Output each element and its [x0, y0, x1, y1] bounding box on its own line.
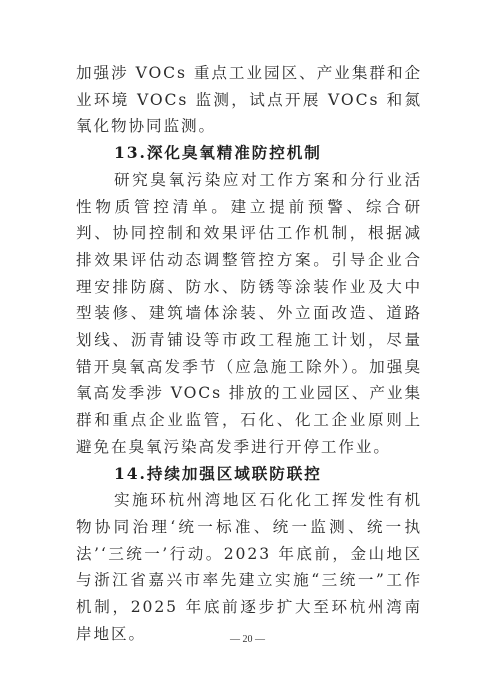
paragraph-vocs-monitoring: 加强涉 VOCs 重点工业园区、产业集群和企业环境 VOCs 监测，试点开展 V…	[76, 60, 422, 140]
section-heading-13: 13.深化臭氧精准防控机制	[76, 140, 422, 167]
document-page: 加强涉 VOCs 重点工业园区、产业集群和企业环境 VOCs 监测，试点开展 V…	[0, 0, 495, 699]
paragraph-ozone-control: 研究臭氧污染应对工作方案和分行业活性物质管控清单。建立提前预警、综合研判、协同控…	[76, 167, 422, 461]
page-number: — 20 —	[0, 634, 495, 645]
document-body: 加强涉 VOCs 重点工业园区、产业集群和企业环境 VOCs 监测，试点开展 V…	[76, 60, 422, 647]
section-heading-14: 14.持续加强区域联防联控	[76, 461, 422, 488]
paragraph-regional-cooperation: 实施环杭州湾地区石化化工挥发性有机物协同治理‘统一标准、统一监测、统一执法’‘三…	[76, 487, 422, 647]
